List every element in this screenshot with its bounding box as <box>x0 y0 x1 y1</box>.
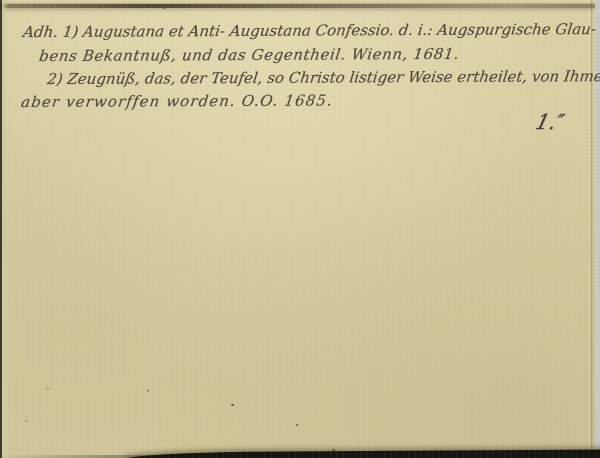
paper-speckle <box>296 424 298 426</box>
folio-number-mark: 1.″ <box>533 110 567 134</box>
top-crease-shadow <box>0 4 600 8</box>
paper-speckle <box>332 449 335 451</box>
paper-speckle <box>147 390 149 392</box>
note-line-2: bens Bekantnuß, und das Gegentheil. Wien… <box>38 45 461 65</box>
paper-speckle <box>163 7 166 9</box>
note-line-4: aber verworffen worden. O.O. 1685. <box>20 91 334 111</box>
paper-speckle <box>47 388 49 390</box>
paper-speckle <box>231 404 234 406</box>
note-line-1: Adh. 1) Augustana et Anti- Augustana Con… <box>22 20 597 41</box>
note-line-3: 2) Zeugnüß, das, der Teufel, so Christo … <box>46 67 600 88</box>
paper-speckle <box>25 420 27 422</box>
left-edge-highlight <box>2 0 8 458</box>
bottom-edge-shadow <box>125 450 600 458</box>
scanned-manuscript-page: Adh. 1) Augustana et Anti- Augustana Con… <box>0 0 600 458</box>
